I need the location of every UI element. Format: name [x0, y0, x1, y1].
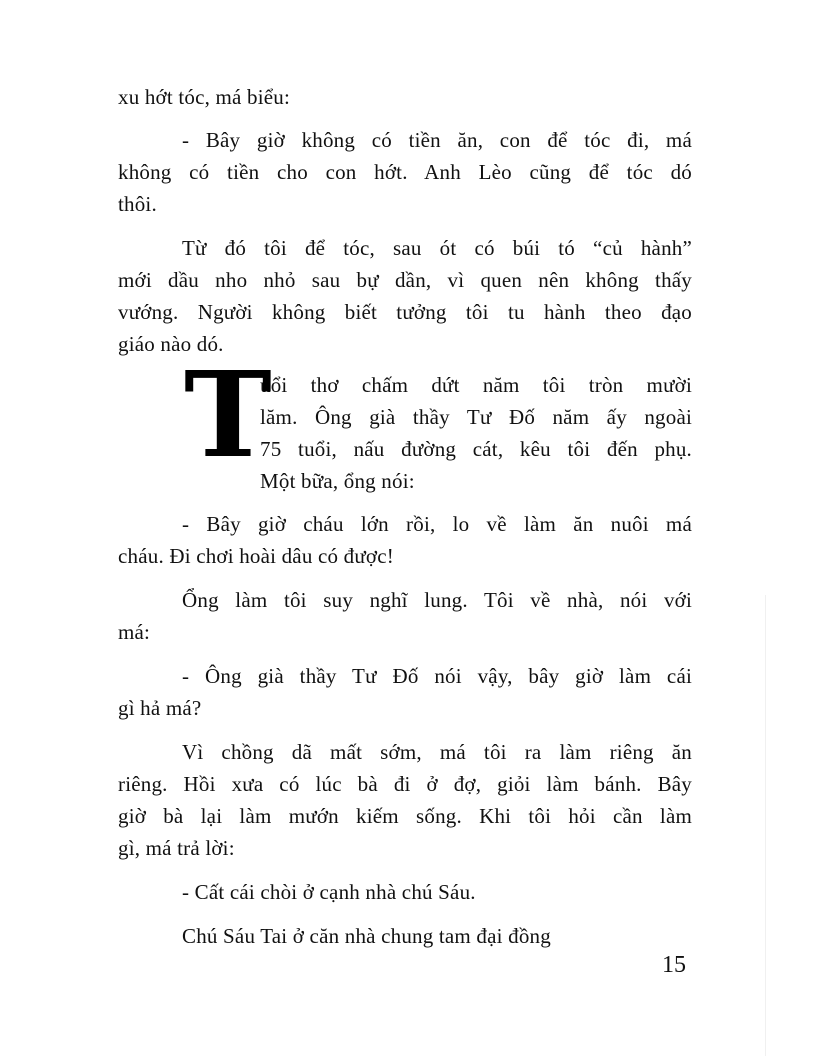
text-line: xu hớt tóc, má biểu: [118, 85, 290, 110]
text-line: không có tiền cho con hớt. Anh Lèo cũng … [118, 160, 692, 185]
text-line: - Bây giờ không có tiền ăn, con để tóc đ… [182, 128, 692, 153]
text-line: mới dầu nho nhỏ sau bự dần, vì quen nên … [118, 268, 692, 293]
text-line: Ổng làm tôi suy nghĩ lung. Tôi về nhà, n… [182, 588, 692, 613]
text-line: uổi thơ chấm dứt năm tôi tròn mười [260, 373, 692, 398]
text-line: gì, má trả lời: [118, 836, 235, 861]
text-line: lăm. Ông già thầy Tư Đố năm ấy ngoài [260, 405, 692, 430]
text-line: Từ đó tôi để tóc, sau ót có búi tó “củ h… [182, 236, 692, 261]
text-line: vướng. Người không biết tưởng tôi tu hàn… [118, 300, 692, 325]
text-line: gì hả má? [118, 696, 201, 721]
text-line: Vì chồng dã mất sớm, má tôi ra làm riêng… [182, 740, 692, 765]
page-edge-shadow [765, 595, 766, 1056]
text-line: Chú Sáu Tai ở căn nhà chung tam đại đồng [182, 924, 551, 949]
text-line: - Bây giờ cháu lớn rồi, lo về làm ăn nuô… [182, 512, 692, 537]
text-line: cháu. Đi chơi hoài dâu có được! [118, 544, 394, 569]
page-number: 15 [662, 952, 686, 979]
text-line: - Ông già thầy Tư Đố nói vậy, bây giờ là… [182, 664, 692, 689]
text-line: Một bữa, ổng nói: [260, 469, 692, 494]
text-line: giờ bà lại làm mướn kiếm sống. Khi tôi h… [118, 804, 692, 829]
text-line: - Cất cái chòi ở cạnh nhà chú Sáu. [182, 880, 476, 905]
text-line: riêng. Hồi xưa có lúc bà đi ở đợ, giỏi l… [118, 772, 692, 797]
text-line: thôi. [118, 192, 157, 217]
text-line: 75 tuổi, nấu đường cát, kêu tôi đến phụ. [260, 437, 692, 462]
drop-cap: T [184, 356, 272, 474]
text-line: má: [118, 620, 150, 645]
